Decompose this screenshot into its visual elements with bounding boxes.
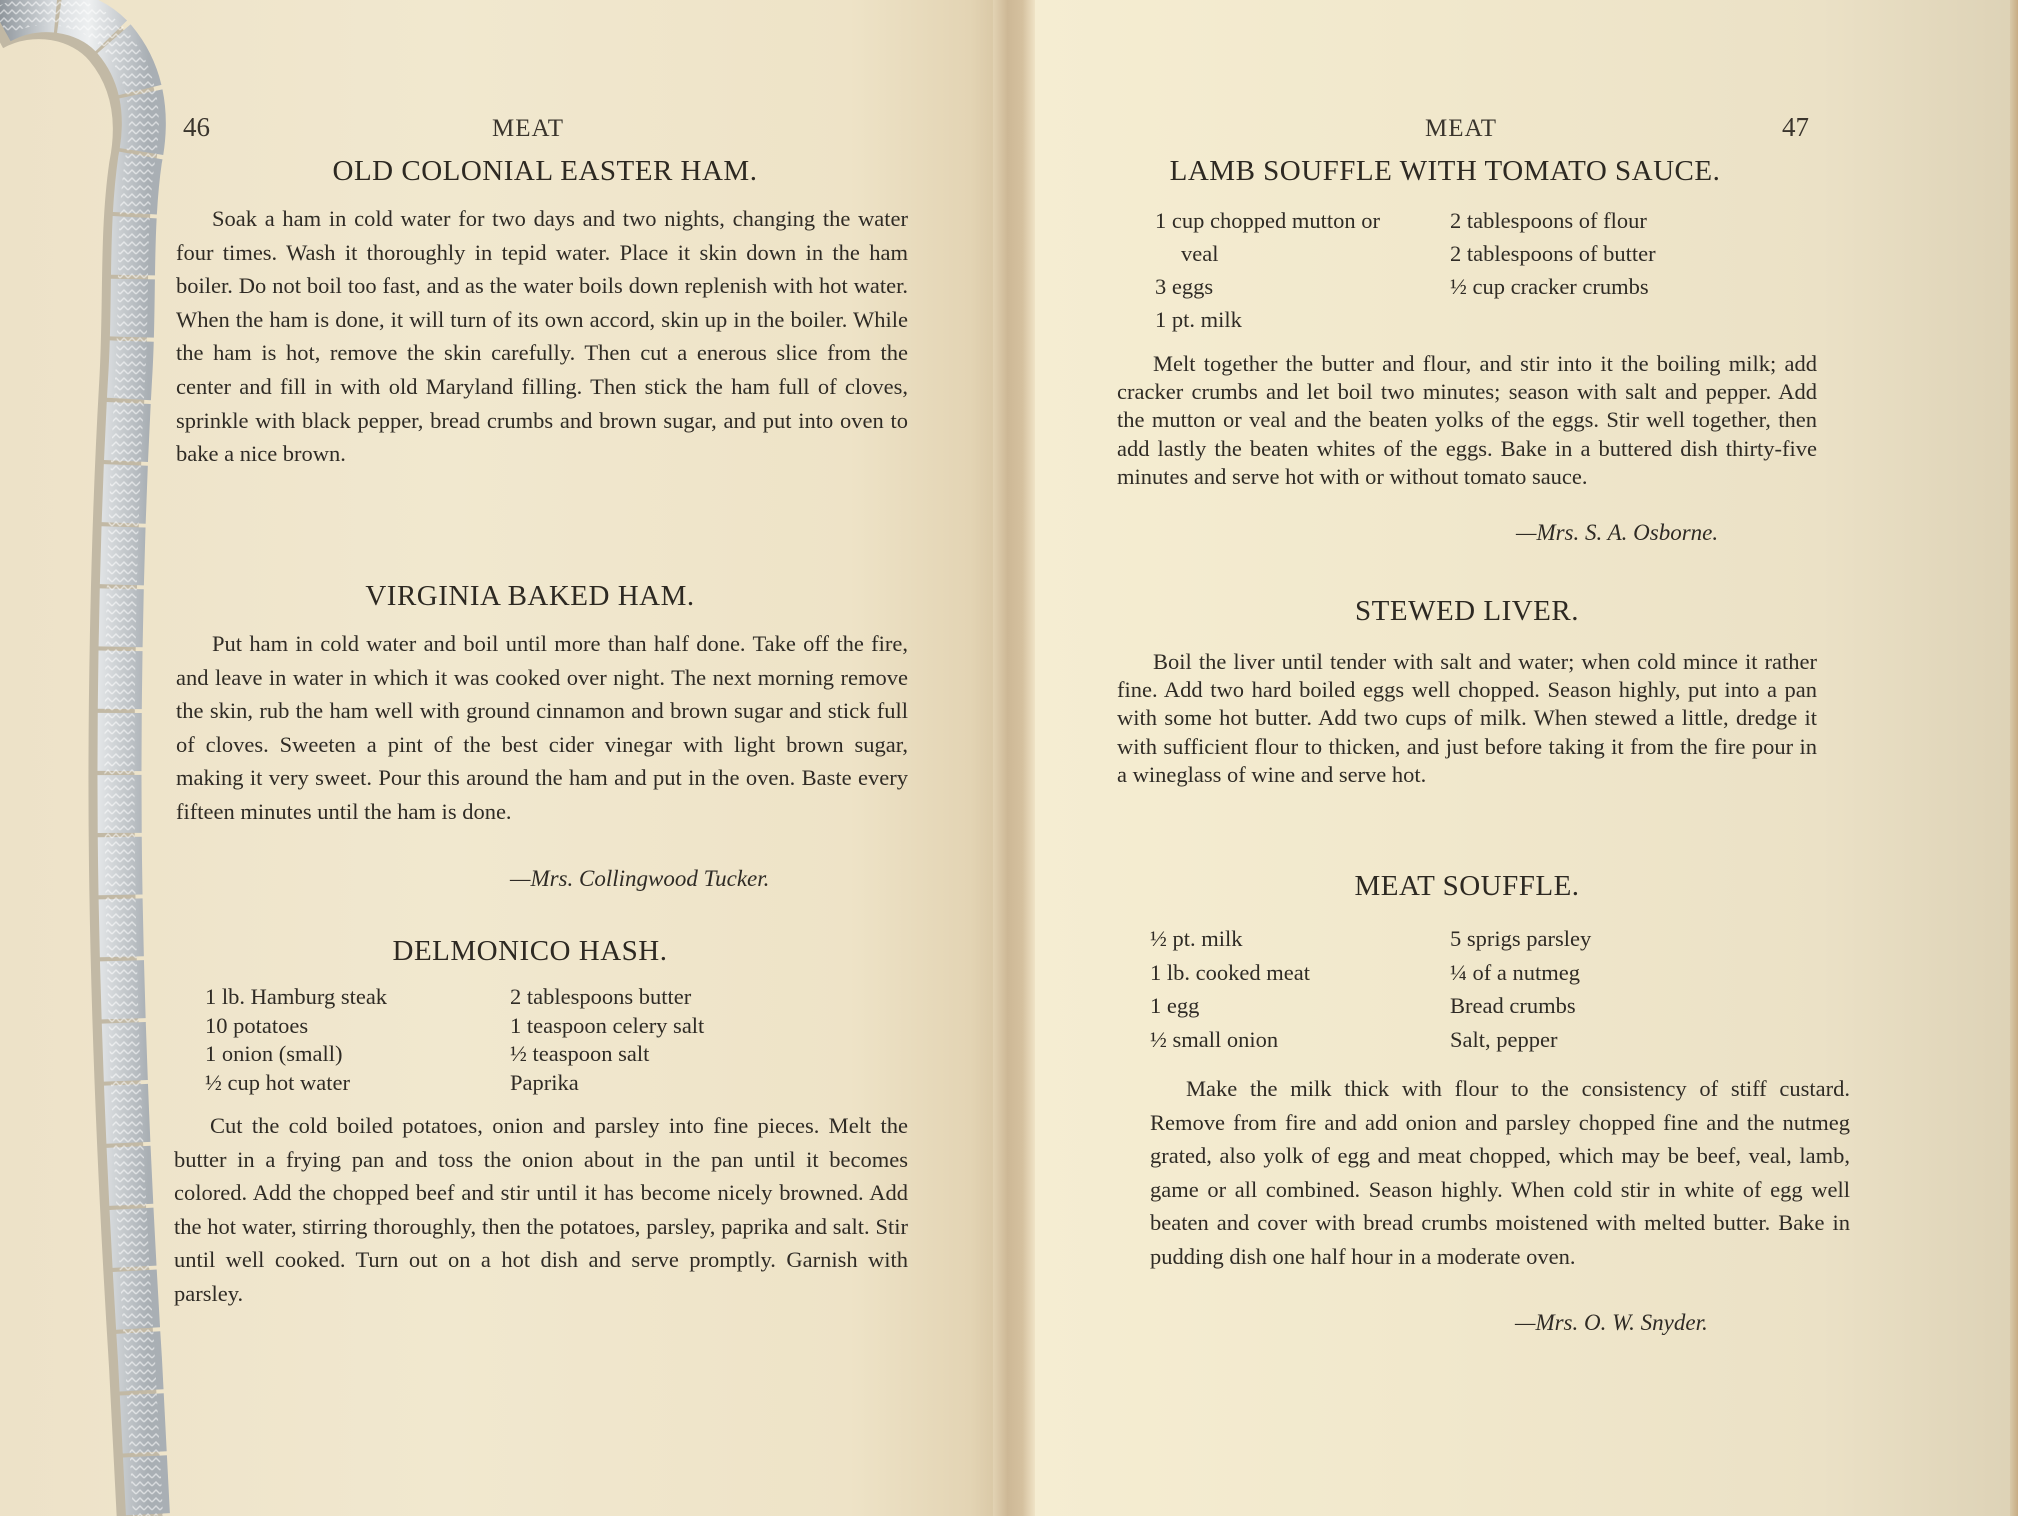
- left-page: 46 MEAT OLD COLONIAL EASTER HAM. Soak a …: [0, 0, 1000, 1516]
- recipe-title-stewed-liver: STEWED LIVER.: [1117, 595, 1817, 628]
- recipe-title-meat-souffle: MEAT SOUFFLE.: [1117, 870, 1817, 903]
- recipe-title-lamb-souffle: LAMB SOUFFLE WITH TOMATO SAUCE.: [1125, 155, 1765, 188]
- recipe-paragraph: Make the milk thick with flour to the co…: [1150, 1072, 1850, 1274]
- running-head-left: MEAT: [492, 115, 564, 143]
- ingredient-item: 5 sprigs parsley: [1450, 922, 1750, 956]
- ingredients-column-right: 5 sprigs parsley ¼ of a nutmeg Bread cru…: [1450, 922, 1750, 1056]
- ingredient-item: ½ cup cracker crumbs: [1450, 270, 1750, 303]
- ingredient-item: ½ pt. milk: [1150, 922, 1450, 956]
- recipe-paragraph: Cut the cold boiled potatoes, onion and …: [174, 1109, 908, 1311]
- recipe-paragraph: Put ham in cold water and boil until mor…: [176, 627, 908, 829]
- ingredients-column-right: 2 tablespoons of flour 2 tablespoons of …: [1450, 204, 1750, 336]
- ingredients-column-right: 2 tablespoons butter 1 teaspoon celery s…: [510, 983, 810, 1097]
- ingredient-item: ½ cup hot water: [205, 1069, 510, 1098]
- ingredients-column-left: 1 lb. Hamburg steak 10 potatoes 1 onion …: [205, 983, 510, 1097]
- recipe-paragraph: Boil the liver until tender with salt an…: [1117, 648, 1817, 789]
- ingredient-item: 2 tablespoons of flour: [1450, 204, 1750, 237]
- ingredients-delmonico-hash: 1 lb. Hamburg steak 10 potatoes 1 onion …: [205, 983, 810, 1097]
- recipe-body-old-colonial-easter-ham: Soak a ham in cold water for two days an…: [176, 202, 908, 471]
- ingredient-item: 1 lb. Hamburg steak: [205, 983, 510, 1012]
- recipe-title-old-colonial-easter-ham: OLD COLONIAL EASTER HAM.: [175, 155, 915, 188]
- attribution-tucker: —Mrs. Collingwood Tucker.: [510, 866, 769, 892]
- page-number-left: 46: [183, 112, 210, 143]
- ingredient-item: veal: [1155, 237, 1450, 270]
- recipe-body-virginia-baked-ham: Put ham in cold water and boil until mor…: [176, 627, 908, 829]
- recipe-body-delmonico-hash: Cut the cold boiled potatoes, onion and …: [174, 1109, 908, 1311]
- ingredient-item: 1 lb. cooked meat: [1150, 956, 1450, 990]
- recipe-body-lamb-souffle: Melt together the butter and flour, and …: [1117, 350, 1817, 491]
- recipe-body-meat-souffle: Make the milk thick with flour to the co…: [1150, 1072, 1850, 1274]
- recipe-body-stewed-liver: Boil the liver until tender with salt an…: [1117, 648, 1817, 789]
- attribution-osborne: —Mrs. S. A. Osborne.: [1516, 520, 1718, 546]
- right-page: MEAT 47 LAMB SOUFFLE WITH TOMATO SAUCE. …: [1035, 0, 2018, 1516]
- recipe-title-delmonico-hash: DELMONICO HASH.: [175, 935, 885, 968]
- ingredient-item: Bread crumbs: [1450, 989, 1750, 1023]
- ingredient-item: ¼ of a nutmeg: [1450, 956, 1750, 990]
- ingredients-column-left: 1 cup chopped mutton or veal 3 eggs 1 pt…: [1155, 204, 1450, 336]
- ingredient-item: 10 potatoes: [205, 1012, 510, 1041]
- ingredients-meat-souffle: ½ pt. milk 1 lb. cooked meat 1 egg ½ sma…: [1150, 922, 1750, 1056]
- ingredient-item: 3 eggs: [1155, 270, 1450, 303]
- open-book-spread: 46 MEAT OLD COLONIAL EASTER HAM. Soak a …: [0, 0, 2018, 1516]
- ingredients-column-left: ½ pt. milk 1 lb. cooked meat 1 egg ½ sma…: [1150, 922, 1450, 1056]
- ingredient-item: ½ teaspoon salt: [510, 1040, 810, 1069]
- recipe-paragraph: Soak a ham in cold water for two days an…: [176, 202, 908, 471]
- ingredient-item: 2 tablespoons butter: [510, 983, 810, 1012]
- running-head-right: MEAT: [1425, 115, 1497, 143]
- ingredient-item: 1 teaspoon celery salt: [510, 1012, 810, 1041]
- recipe-paragraph: Melt together the butter and flour, and …: [1117, 350, 1817, 491]
- ingredient-item: 1 pt. milk: [1155, 303, 1450, 336]
- ingredient-item: 1 cup chopped mutton or: [1155, 204, 1450, 237]
- page-edge: [2010, 0, 2018, 1516]
- ingredient-item: ½ small onion: [1150, 1023, 1450, 1057]
- recipe-title-virginia-baked-ham: VIRGINIA BAKED HAM.: [175, 580, 885, 613]
- page-number-right: 47: [1782, 112, 1809, 143]
- ingredient-item: 1 egg: [1150, 989, 1450, 1023]
- ingredient-item: 1 onion (small): [205, 1040, 510, 1069]
- ingredient-item: Paprika: [510, 1069, 810, 1098]
- ingredients-lamb-souffle: 1 cup chopped mutton or veal 3 eggs 1 pt…: [1155, 204, 1750, 336]
- ingredient-item: Salt, pepper: [1450, 1023, 1750, 1057]
- ingredient-item: 2 tablespoons of butter: [1450, 237, 1750, 270]
- attribution-snyder: —Mrs. O. W. Snyder.: [1515, 1310, 1708, 1336]
- book-gutter: [993, 0, 1035, 1516]
